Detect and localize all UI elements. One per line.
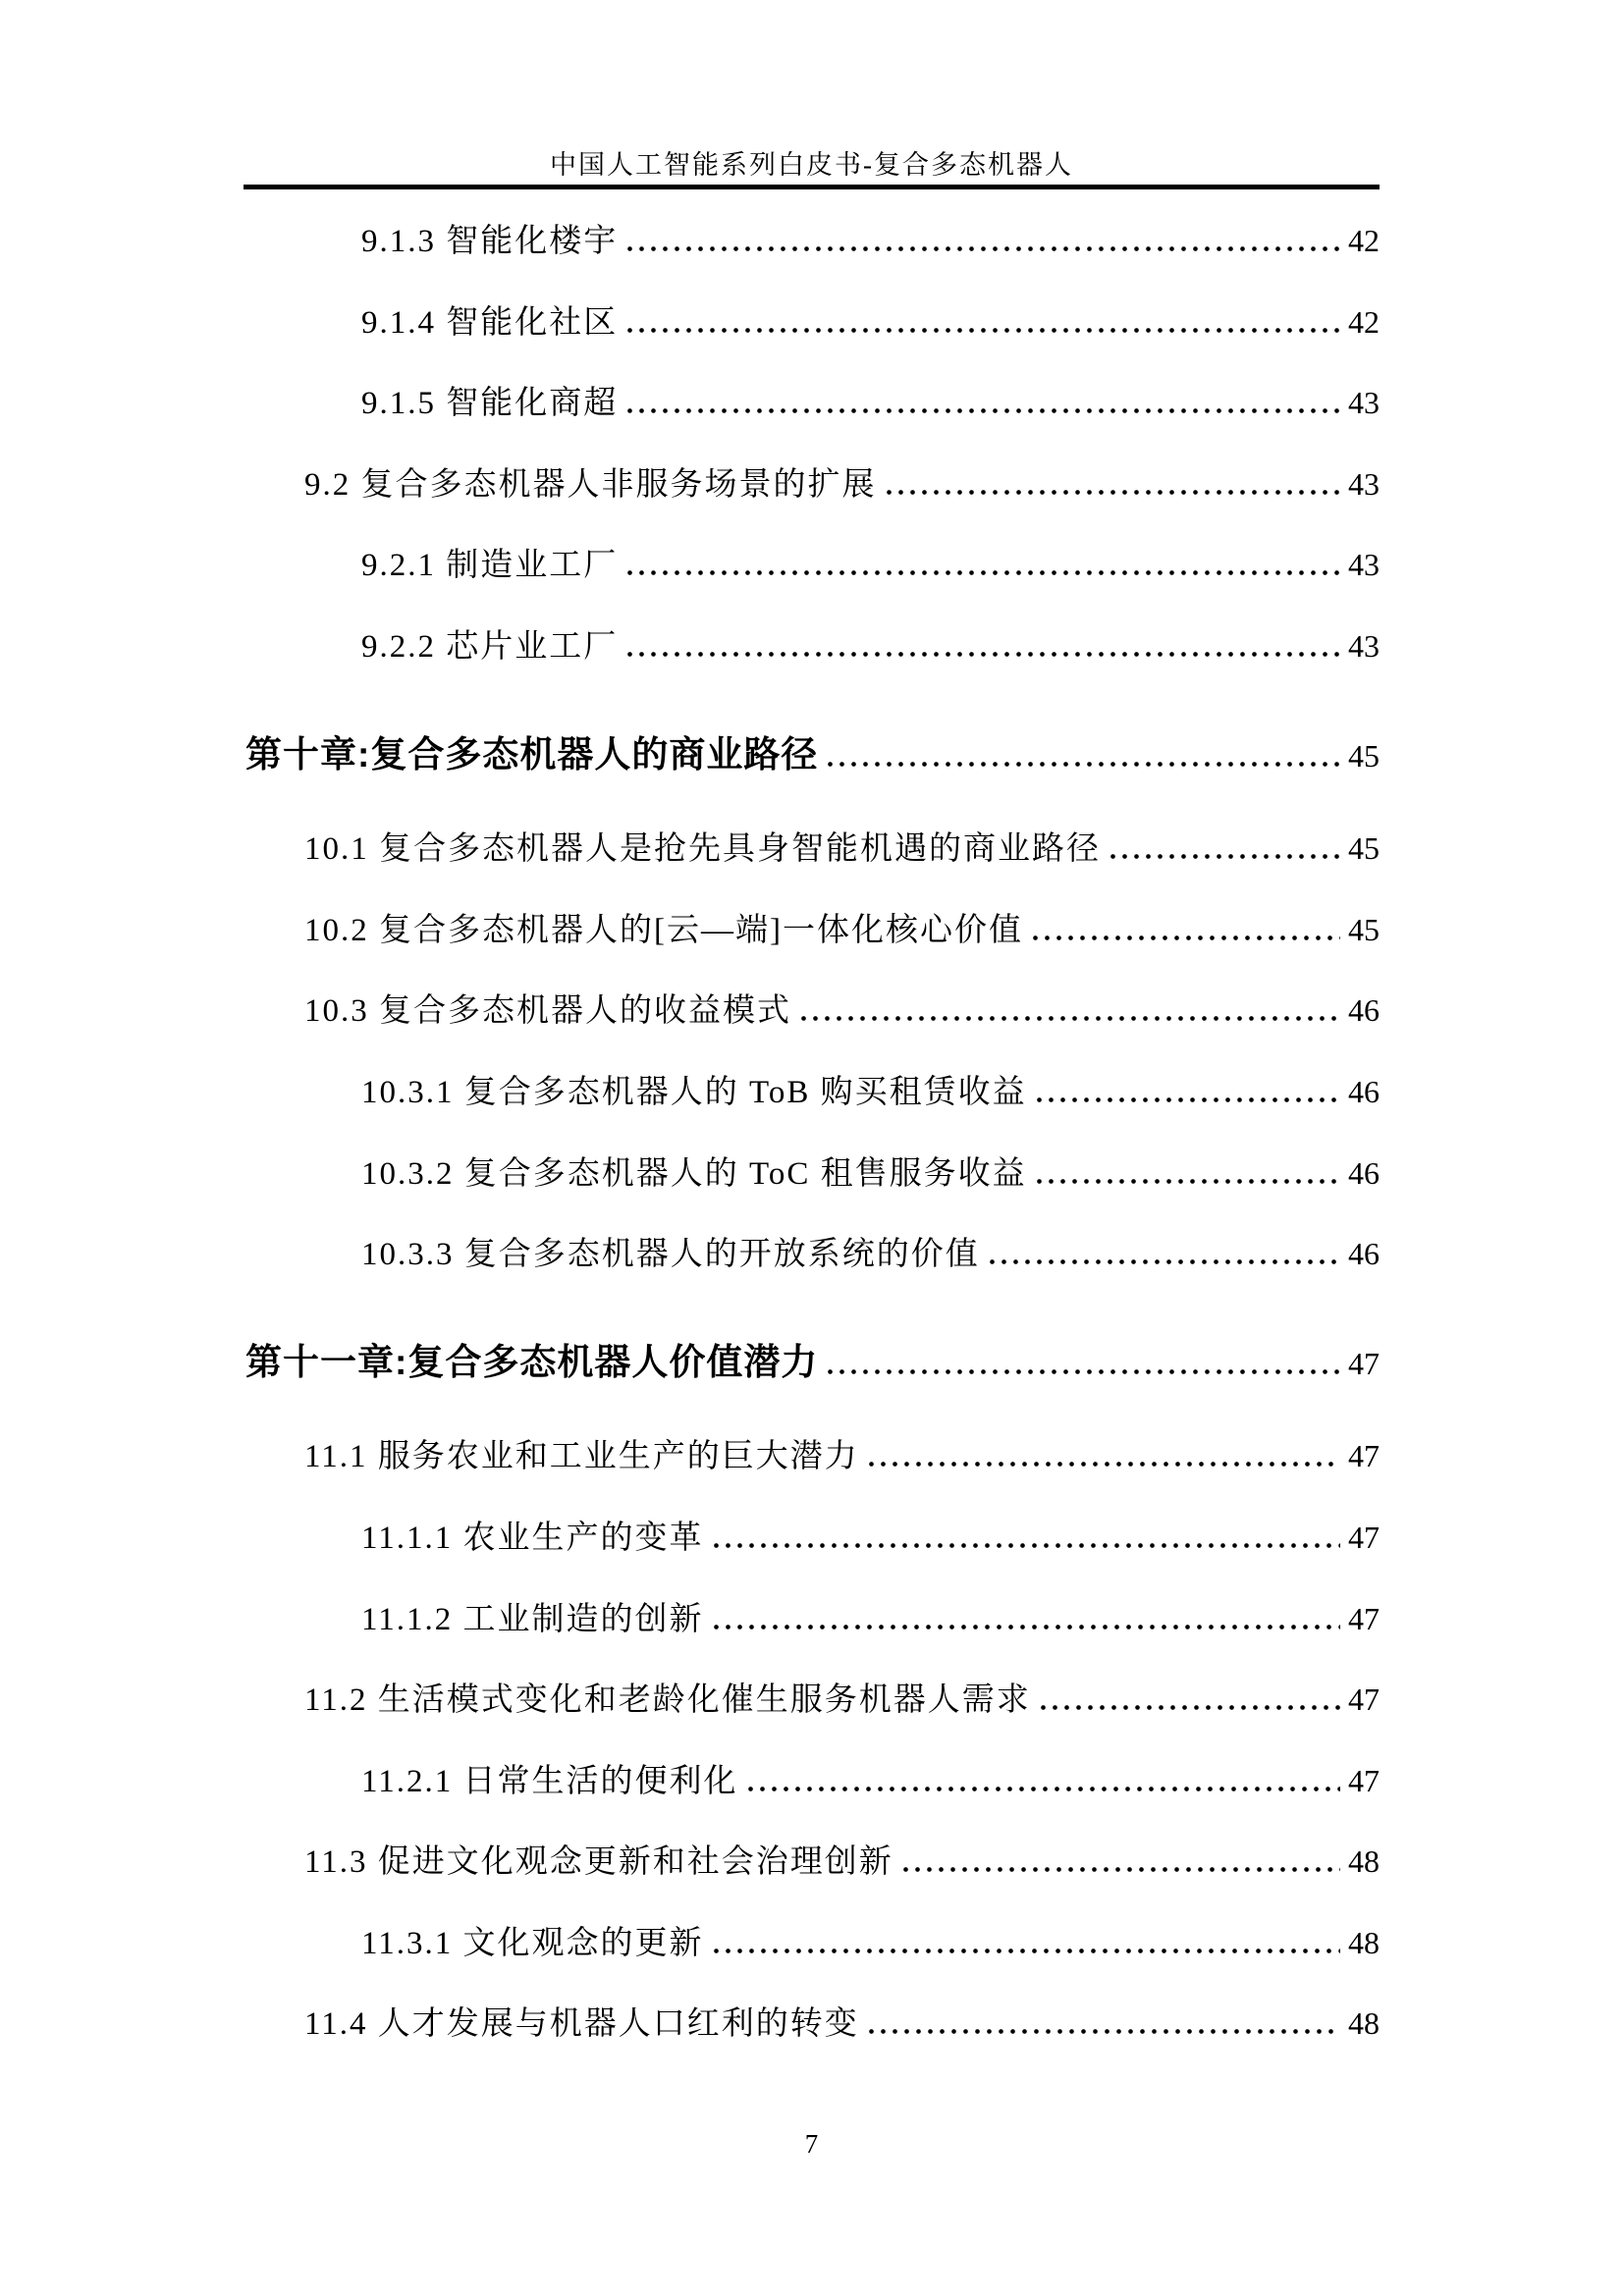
toc-entry[interactable]: 11.1.1 农业生产的变革 47: [361, 1498, 1380, 1579]
dot-leader: [627, 328, 1340, 333]
toc-entry[interactable]: 11.2 生活模式变化和老龄化催生服务机器人需求 47: [304, 1660, 1380, 1741]
toc-entry-label: 11.3.1 文化观念的更新: [361, 1904, 704, 1985]
dot-leader: [801, 1016, 1340, 1021]
toc-entry-page: 47: [1348, 1324, 1380, 1405]
toc-entry-page: 43: [1348, 607, 1380, 687]
toc-entry-label: 10.2 复合多态机器人的[云—端]一体化核心价值: [304, 891, 1023, 972]
toc-entry-page: 45: [1348, 809, 1380, 889]
toc-entry[interactable]: 11.3 促进文化观念更新和社会治理创新 48: [304, 1822, 1380, 1903]
toc-entry-page: 46: [1348, 971, 1380, 1051]
toc-entry-page: 46: [1348, 1214, 1380, 1295]
toc-entry-page: 47: [1348, 1741, 1380, 1822]
toc-entry-label: 11.1.1 农业生产的变革: [361, 1499, 704, 1579]
toc-entry-label: 第十章:复合多态机器人的商业路径: [245, 715, 818, 795]
toc-entry-page: 47: [1348, 1660, 1380, 1740]
toc-entry[interactable]: 10.1 复合多态机器人是抢先具身智能机遇的商业路径 45: [304, 809, 1380, 890]
dot-leader: [828, 1369, 1340, 1374]
toc-entry-label: 9.1.5 智能化商超: [361, 364, 618, 445]
toc-entry[interactable]: 11.2.1 日常生活的便利化 47: [361, 1741, 1380, 1823]
toc-entry[interactable]: 10.3.3 复合多态机器人的开放系统的价值 46: [361, 1214, 1380, 1296]
toc-entry-label: 10.3.1 复合多态机器人的 ToB 购买租赁收益: [361, 1053, 1027, 1134]
toc-entry-page: 47: [1348, 1416, 1380, 1497]
toc-entry[interactable]: 11.4 人才发展与机器人口红利的转变 48: [304, 1984, 1380, 2065]
toc-entry-label: 9.1.3 智能化楼宇: [361, 202, 618, 283]
toc-entry-page: 48: [1348, 1822, 1380, 1902]
dot-leader: [828, 762, 1340, 767]
toc-entry[interactable]: 10.3.1 复合多态机器人的 ToB 购买租赁收益 46: [361, 1052, 1380, 1134]
toc-entry-page: 45: [1348, 717, 1380, 797]
toc-entry-label: 11.1 服务农业和工业生产的巨大潜力: [304, 1417, 859, 1498]
toc-entry-label: 10.3 复合多态机器人的收益模式: [304, 972, 791, 1052]
toc-entry[interactable]: 9.2.1 制造业工厂 43: [361, 525, 1380, 607]
toc-entry-label: 11.1.2 工业制造的创新: [361, 1580, 704, 1661]
toc-entry-page: 42: [1348, 283, 1380, 363]
toc-entry[interactable]: 9.2.2 芯片业工厂 43: [361, 607, 1380, 688]
toc-entry[interactable]: 9.1.3 智能化楼宇 42: [361, 201, 1380, 283]
dot-leader: [1041, 1705, 1340, 1710]
dot-leader: [1037, 1097, 1340, 1102]
dot-leader: [748, 1787, 1340, 1791]
footer-page-number: 7: [244, 2128, 1380, 2160]
toc-entry[interactable]: 10.2 复合多态机器人的[云—端]一体化核心价值 45: [304, 890, 1380, 972]
toc-entry[interactable]: 第十章:复合多态机器人的商业路径 45: [245, 715, 1380, 797]
toc-entry-label: 9.2.2 芯片业工厂: [361, 608, 618, 688]
toc-entry[interactable]: 9.1.4 智能化社区 42: [361, 283, 1380, 364]
toc-entry-page: 46: [1348, 1052, 1380, 1133]
toc-entry-page: 43: [1348, 445, 1380, 525]
toc-entry-label: 10.3.3 复合多态机器人的开放系统的价值: [361, 1215, 980, 1296]
dot-leader: [627, 408, 1340, 413]
dot-leader: [714, 1625, 1340, 1629]
dot-leader: [1110, 854, 1340, 859]
toc-entry-page: 43: [1348, 525, 1380, 606]
toc-entry[interactable]: 11.1.2 工业制造的创新 47: [361, 1579, 1380, 1661]
toc-entry-page: 46: [1348, 1134, 1380, 1214]
toc-entry-label: 11.3 促进文化观念更新和社会治理创新: [304, 1823, 893, 1903]
dot-leader: [869, 2029, 1340, 2034]
dot-leader: [1033, 935, 1340, 940]
toc-entry-page: 45: [1348, 890, 1380, 971]
toc-entry-page: 42: [1348, 201, 1380, 282]
toc-entry[interactable]: 10.3.2 复合多态机器人的 ToC 租售服务收益 46: [361, 1134, 1380, 1215]
toc-entry[interactable]: 11.3.1 文化观念的更新 48: [361, 1903, 1380, 1985]
dot-leader: [714, 1949, 1340, 1953]
dot-leader: [714, 1543, 1340, 1548]
toc-entry-label: 9.1.4 智能化社区: [361, 284, 618, 364]
toc-entry-label: 9.2.1 制造业工厂: [361, 526, 618, 607]
dot-leader: [869, 1462, 1340, 1467]
toc-entry[interactable]: 9.1.5 智能化商超 43: [361, 363, 1380, 445]
toc-entry-page: 47: [1348, 1498, 1380, 1578]
dot-leader: [990, 1259, 1340, 1264]
toc-entry-label: 10.1 复合多态机器人是抢先具身智能机遇的商业路径: [304, 810, 1101, 890]
dot-leader: [627, 246, 1340, 251]
header-title: 中国人工智能系列白皮书-复合多态机器人: [244, 143, 1380, 182]
dot-leader: [627, 652, 1340, 657]
toc-entry-label: 第十一章:复合多态机器人价值潜力: [245, 1322, 818, 1403]
toc: 9.1.3 智能化楼宇 42 9.1.4 智能化社区 42 9.1.5 智能化商…: [0, 201, 1624, 2065]
dot-leader: [627, 570, 1340, 575]
toc-entry-label: 11.2 生活模式变化和老龄化催生服务机器人需求: [304, 1661, 1031, 1741]
header-rule-divider: [244, 185, 1380, 189]
toc-entry-page: 48: [1348, 1984, 1380, 2064]
toc-entry[interactable]: 第十一章:复合多态机器人价值潜力 47: [245, 1322, 1380, 1405]
toc-entry-label: 9.2 复合多态机器人非服务场景的扩展: [304, 446, 877, 526]
document-page: 中国人工智能系列白皮书-复合多态机器人 9.1.3 智能化楼宇 42 9.1.4…: [0, 0, 1624, 2296]
toc-entry-label: 11.2.1 日常生活的便利化: [361, 1742, 738, 1823]
toc-entry-page: 48: [1348, 1903, 1380, 1984]
toc-entry[interactable]: 10.3 复合多态机器人的收益模式 46: [304, 971, 1380, 1052]
toc-entry-label: 11.4 人才发展与机器人口红利的转变: [304, 1985, 859, 2065]
toc-entry-page: 47: [1348, 1579, 1380, 1660]
toc-entry[interactable]: 11.1 服务农业和工业生产的巨大潜力 47: [304, 1416, 1380, 1498]
dot-leader: [903, 1867, 1340, 1872]
toc-entry[interactable]: 9.2 复合多态机器人非服务场景的扩展 43: [304, 445, 1380, 526]
toc-entry-label: 10.3.2 复合多态机器人的 ToC 租售服务收益: [361, 1135, 1027, 1215]
toc-entry-page: 43: [1348, 363, 1380, 444]
dot-leader: [1037, 1179, 1340, 1184]
dot-leader: [887, 490, 1341, 495]
